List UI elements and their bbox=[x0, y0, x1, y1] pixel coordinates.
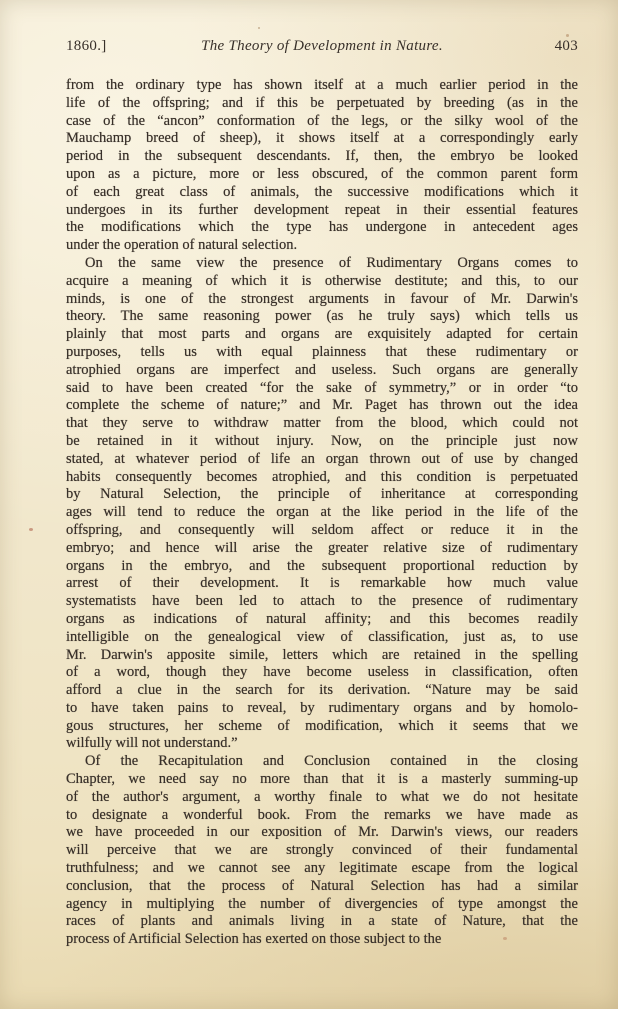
text-line: will perceive that we are strongly convi… bbox=[66, 842, 578, 860]
text-line: habits consequently becomes atrophied, a… bbox=[66, 469, 578, 487]
foxing-speck bbox=[258, 27, 260, 29]
text-line: to have taken pains to reveal, by rudime… bbox=[66, 700, 578, 718]
text-line: acquire a meaning of which it is otherwi… bbox=[66, 273, 578, 291]
text-line: embryo; and hence will arise the greater… bbox=[66, 540, 578, 558]
text-line: complete the scheme of nature;” and Mr. … bbox=[66, 397, 578, 415]
text-line: On the same view the presence of Rudimen… bbox=[66, 255, 578, 273]
text-line: conclusion, that the process of Natural … bbox=[66, 878, 578, 896]
header-page-number: 403 bbox=[488, 38, 578, 55]
text-line: minds, is one of the strongest arguments… bbox=[66, 291, 578, 309]
text-line: theory. The same reasoning power (as he … bbox=[66, 308, 578, 326]
text-line: gous structures, her scheme of modificat… bbox=[66, 718, 578, 736]
text-line: to designate a wonderful book. From the … bbox=[66, 807, 578, 825]
text-line: of the author's argument, a worthy final… bbox=[66, 789, 578, 807]
text-line: atrophied organs are imperfect and usele… bbox=[66, 362, 578, 380]
text-line: Mr. Darwin's apposite simile, letters wh… bbox=[66, 647, 578, 665]
text-line: undergoes in its further development rep… bbox=[66, 202, 578, 220]
foxing-speck bbox=[566, 34, 569, 37]
book-page-scan: 1860.] The Theory of Development in Natu… bbox=[0, 0, 618, 1009]
text-line: arrest of their development. It is remar… bbox=[66, 575, 578, 593]
text-line: agency in multiplying the number of dive… bbox=[66, 896, 578, 914]
text-line: period in the subsequent descendants. If… bbox=[66, 148, 578, 166]
text-line: organs in the embryo, and the subsequent… bbox=[66, 558, 578, 576]
text-line: truthfulness; and we cannot see any legi… bbox=[66, 860, 578, 878]
text-line: under the operation of natural selection… bbox=[66, 237, 578, 255]
header-title: The Theory of Development in Nature. bbox=[156, 38, 488, 55]
text-line: intelligible on the genealogical view of… bbox=[66, 629, 578, 647]
text-line: Mauchamp breed of sheep), it shows itsel… bbox=[66, 130, 578, 148]
header-year: 1860.] bbox=[66, 38, 156, 55]
text-line: upon as a picture, more or less obscured… bbox=[66, 166, 578, 184]
paragraph: from the ordinary type has shown itself … bbox=[66, 77, 578, 255]
text-line: case of the “ancon” conformation of the … bbox=[66, 113, 578, 131]
body-text: from the ordinary type has shown itself … bbox=[66, 77, 578, 949]
text-line: plainly that most parts and organs are e… bbox=[66, 326, 578, 344]
text-line: of each great class of animals, the succ… bbox=[66, 184, 578, 202]
foxing-speck bbox=[29, 528, 33, 531]
text-line: of a word, though they have become usele… bbox=[66, 664, 578, 682]
paragraph: Of the Recapitulation and Conclusion con… bbox=[66, 753, 578, 949]
text-line: said to have been created “for the sake … bbox=[66, 380, 578, 398]
text-line: be retained in it without injury. Now, o… bbox=[66, 433, 578, 451]
text-line: organs as indications of natural affinit… bbox=[66, 611, 578, 629]
running-header: 1860.] The Theory of Development in Natu… bbox=[66, 38, 578, 55]
text-line: from the ordinary type has shown itself … bbox=[66, 77, 578, 95]
text-line: offspring, and consequently will seldom … bbox=[66, 522, 578, 540]
text-line: the modifications which the type has und… bbox=[66, 219, 578, 237]
text-line: Of the Recapitulation and Conclusion con… bbox=[66, 753, 578, 771]
text-line: stated, at whatever period of life an or… bbox=[66, 451, 578, 469]
text-line: races of plants and animals living in a … bbox=[66, 913, 578, 931]
text-line: systematists have been led to attach to … bbox=[66, 593, 578, 611]
text-line: afford a clue in the search for its deri… bbox=[66, 682, 578, 700]
text-line: that they serve to withdraw matter from … bbox=[66, 415, 578, 433]
text-line: purposes, tells us with equal plainness … bbox=[66, 344, 578, 362]
text-line: process of Artificial Selection has exer… bbox=[66, 931, 578, 949]
paragraph: On the same view the presence of Rudimen… bbox=[66, 255, 578, 753]
text-line: Chapter, we need say no more than that i… bbox=[66, 771, 578, 789]
text-line: ages will tend to reduce the organ at th… bbox=[66, 504, 578, 522]
text-line: we have proceeded in our exposition of M… bbox=[66, 824, 578, 842]
text-line: by Natural Selection, the principle of i… bbox=[66, 486, 578, 504]
text-line: wilfully will not understand.” bbox=[66, 735, 578, 753]
text-line: life of the offspring; and if this be pe… bbox=[66, 95, 578, 113]
